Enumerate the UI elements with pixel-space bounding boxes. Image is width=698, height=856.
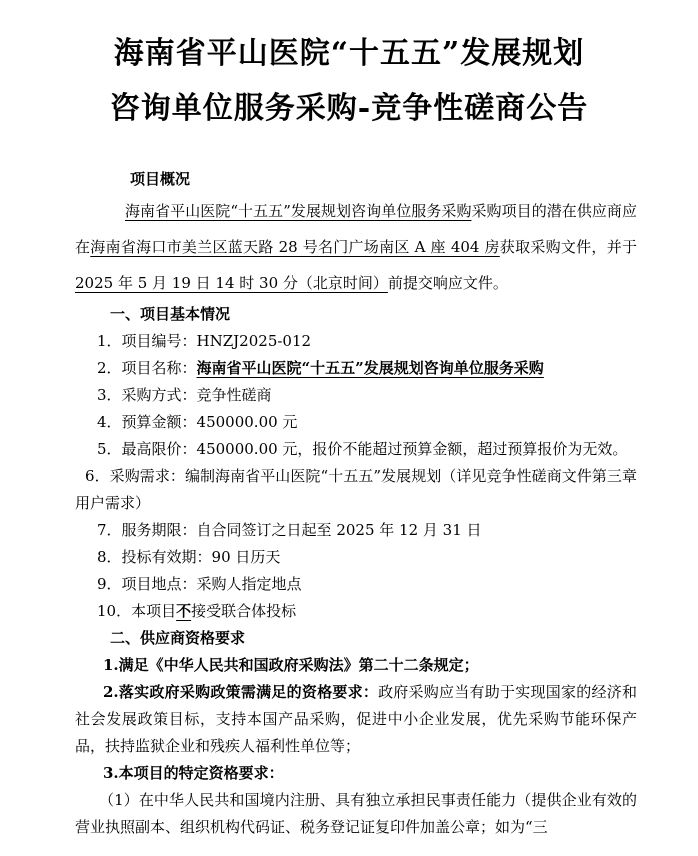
overview-intro-paragraph: 海南省平山医院“十五五”发展规划咨询单位服务采购采购项目的潜在供应商应在海南省海… — [75, 193, 637, 301]
document-body: 项目概况 海南省平山医院“十五五”发展规划咨询单位服务采购采购项目的潜在供应商应… — [75, 166, 637, 841]
item-project-name-label: 2．项目名称： — [97, 359, 197, 377]
item-max-price: 5．最高限价：450000.00 元，报价不能超过预算金额，超过预算报价为无效。 — [75, 436, 637, 463]
item-bid-validity: 8．投标有效期：90 日历天 — [75, 544, 637, 571]
intro-deadline: 2025 年 5 月 19 日 14 时 30 分（北京时间） — [75, 274, 388, 292]
intro-text-after-deadline: 前提交响应文件。 — [388, 274, 508, 292]
item-project-number: 1．项目编号：HNZJ2025-012 — [75, 328, 637, 355]
intro-project-name: 海南省平山医院“十五五”发展规划咨询单位服务采购 — [125, 202, 472, 220]
item-no-consortium-suffix: 接受联合体投标 — [191, 602, 296, 620]
item-service-period: 7．服务期限：自合同签订之日起至 2025 年 12 月 31 日 — [75, 517, 637, 544]
item-project-location: 9．项目地点：采购人指定地点 — [75, 571, 637, 598]
qualification-policy-lead: 2.落实政府采购政策需满足的资格要求： — [103, 683, 378, 701]
item-procurement-method: 3．采购方式：竞争性磋商 — [75, 382, 637, 409]
item-budget-amount: 4．预算金额：450000.00 元 — [75, 409, 637, 436]
qualification-law-requirement: 1.满足《中华人民共和国政府采购法》第二十二条规定； — [75, 652, 637, 679]
item-project-name: 2．项目名称：海南省平山医院“十五五”发展规划咨询单位服务采购 — [75, 355, 637, 382]
overview-heading: 项目概况 — [75, 166, 637, 193]
document-title-line-1: 海南省平山医院“十五五”发展规划 — [44, 26, 654, 81]
qualification-specific-sub1: （1）在中华人民共和国境内注册、具有独立承担民事责任能力（提供企业有效的营业执照… — [75, 787, 637, 841]
item-procurement-requirement: 6．采购需求：编制海南省平山医院“十五五”发展规划（详见竞争性磋商文件第三章用户… — [75, 463, 637, 517]
basic-info-heading: 一、项目基本情况 — [75, 301, 637, 328]
item-no-consortium: 10．本项目不接受联合体投标 — [75, 598, 637, 625]
qualifications-heading: 二、供应商资格要求 — [75, 625, 637, 652]
item-project-name-value: 海南省平山医院“十五五”发展规划咨询单位服务采购 — [197, 359, 544, 377]
document-title: 海南省平山医院“十五五”发展规划 咨询单位服务采购-竞争性磋商公告 — [44, 26, 654, 136]
intro-text-after-address: 获取采购文件，并于 — [500, 238, 637, 256]
item-no-consortium-emphasis: 不 — [176, 602, 191, 620]
document-title-line-2: 咨询单位服务采购-竞争性磋商公告 — [44, 81, 654, 136]
item-no-consortium-prefix: 10．本项目 — [97, 602, 176, 620]
qualification-specific-heading: 3.本项目的特定资格要求： — [75, 760, 637, 787]
qualification-policy-requirement: 2.落实政府采购政策需满足的资格要求：政府采购应当有助于实现国家的经济和社会发展… — [75, 679, 637, 760]
document-page: 海南省平山医院“十五五”发展规划 咨询单位服务采购-竞争性磋商公告 项目概况 海… — [0, 0, 698, 856]
intro-address: 海南省海口市美兰区蓝天路 28 号名门广场南区 A 座 404 房 — [90, 238, 500, 256]
